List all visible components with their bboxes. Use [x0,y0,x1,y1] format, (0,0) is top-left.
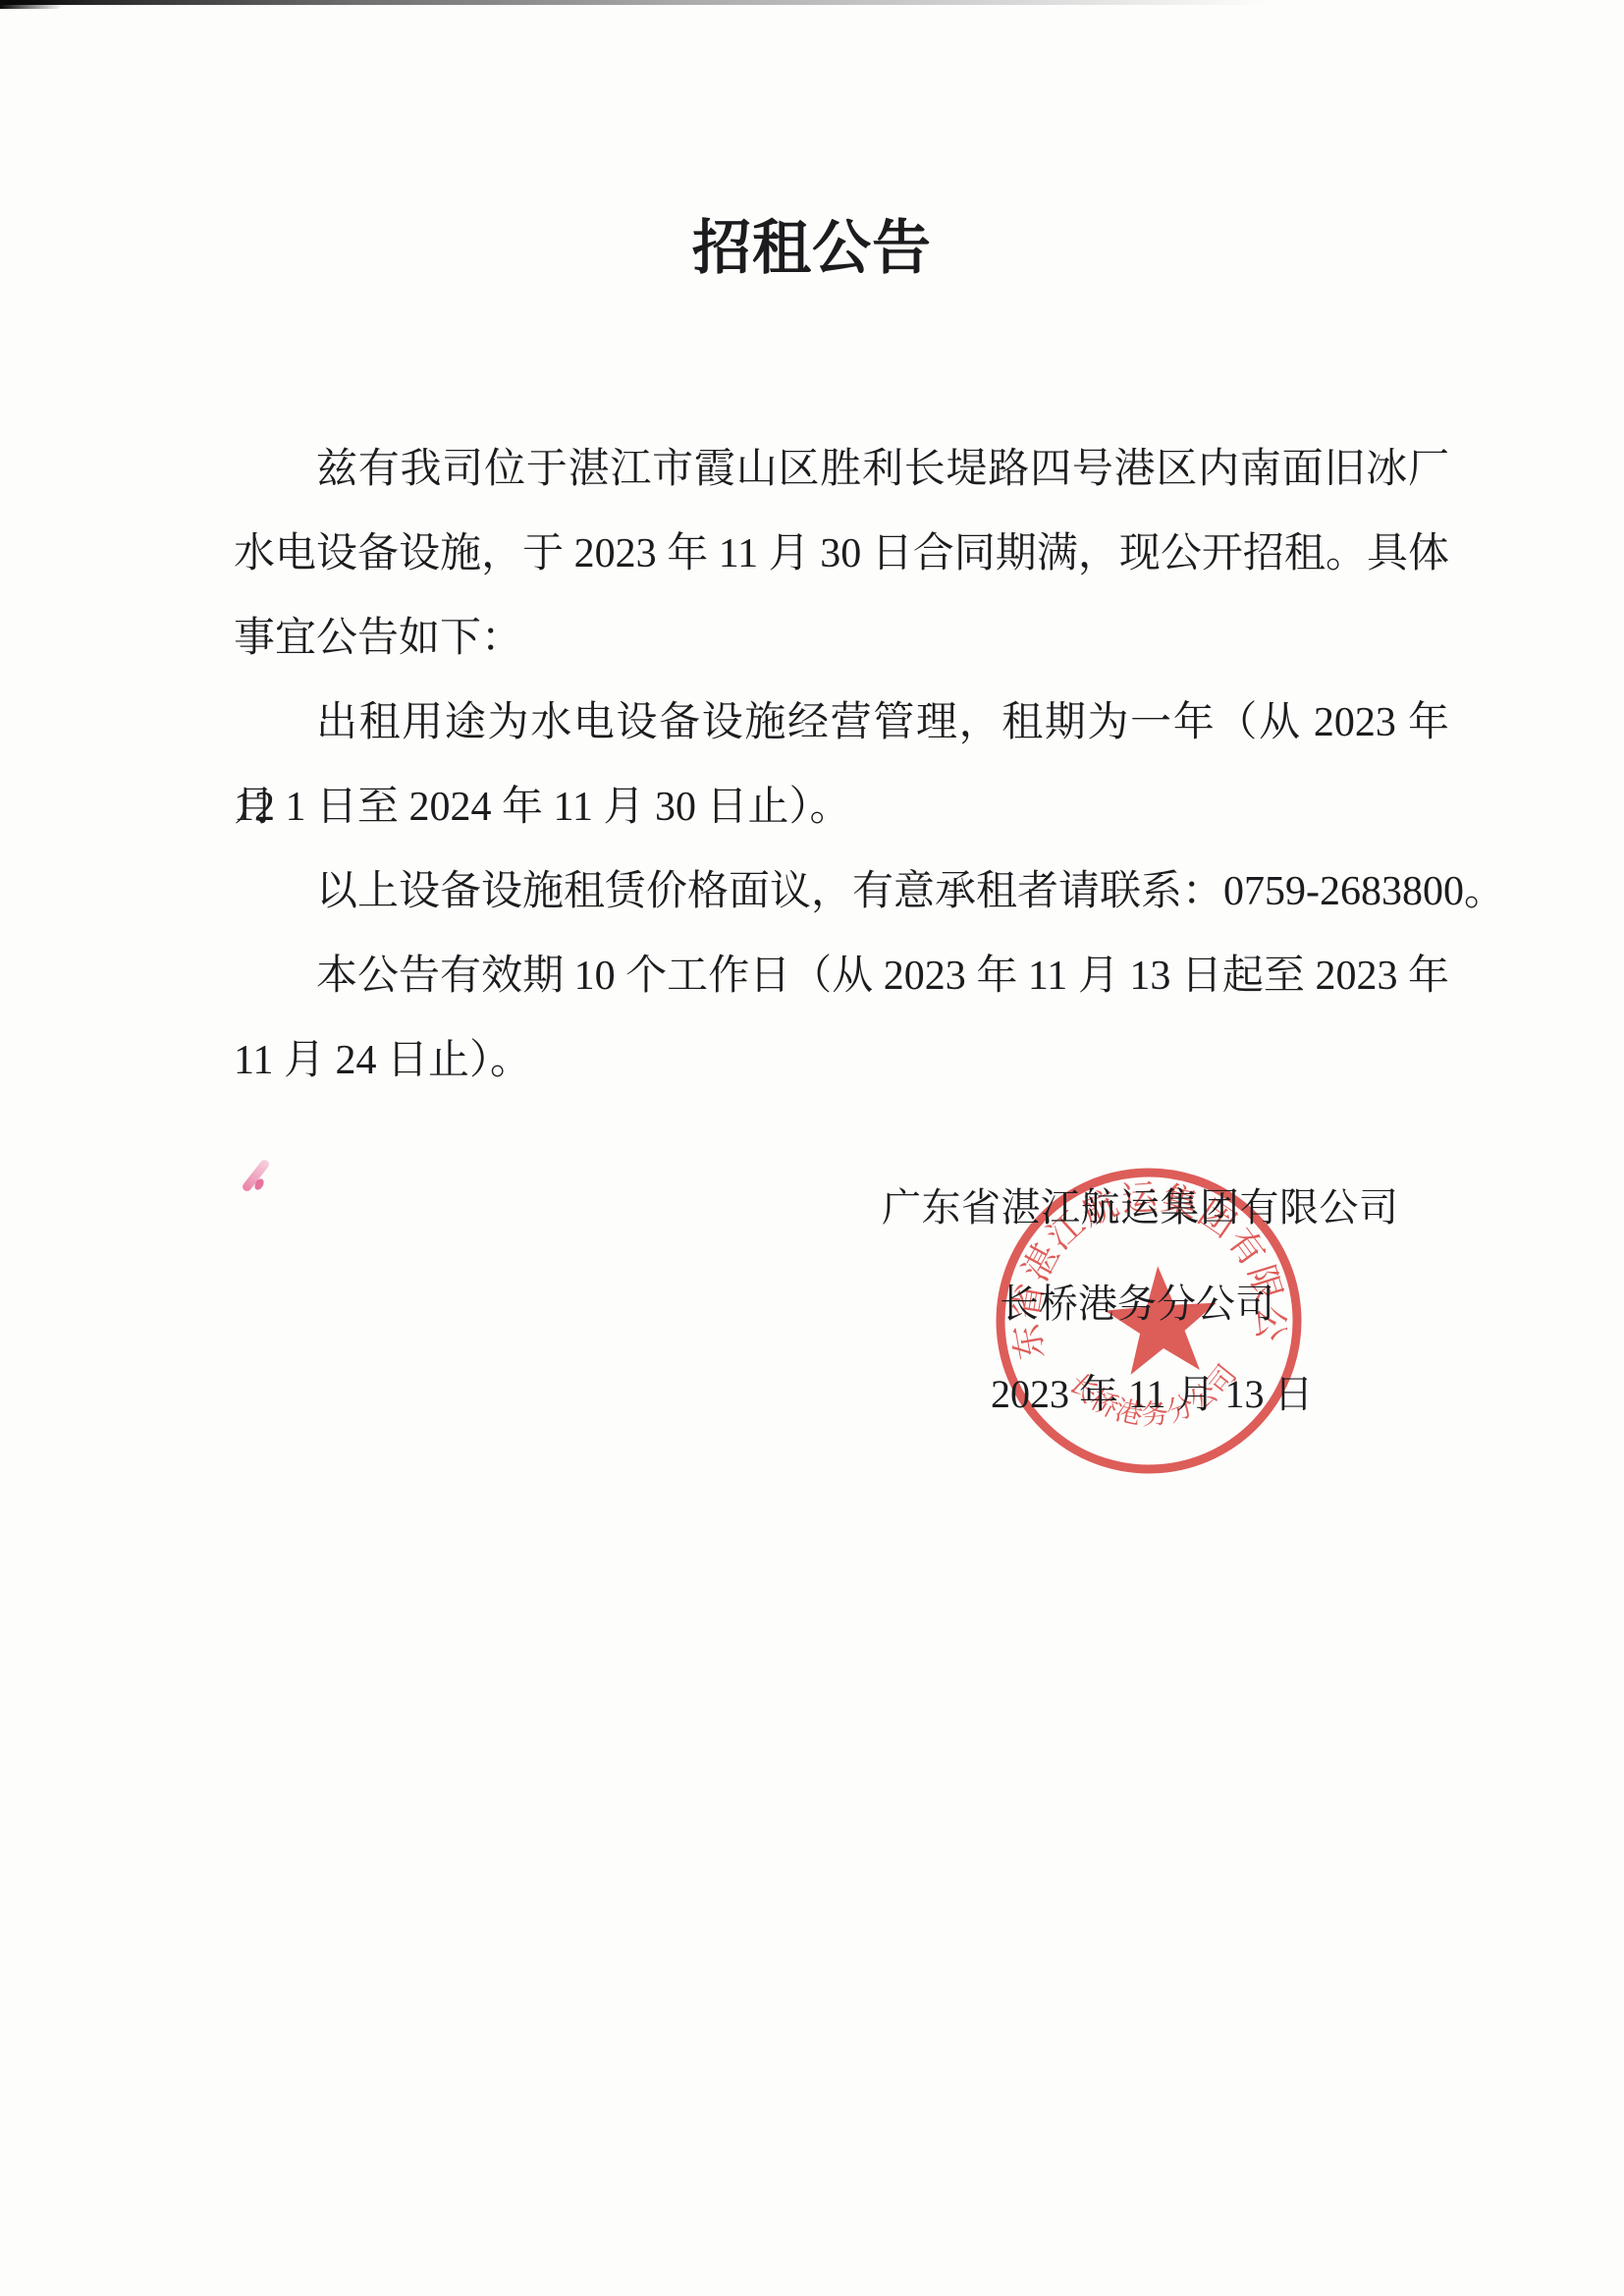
seal-ring-text: 广东省湛江航运集团有限公司 [976,1148,1293,1366]
body-line-5: 月 1 日至 2024 年 11 月 30 日止）。 [234,765,1449,849]
body-line-6: 以上设备设施租赁价格面议，有意承租者请联系：0759-2683800。 [234,849,1449,934]
signature-company: 广东省湛江航运集团有限公司 [882,1184,1399,1231]
scan-artifact-corner [0,0,63,9]
body-line-4: 出租用途为水电设备设施经营管理，租期为一年（从 2023 年 12 [234,681,1449,765]
body-line-8: 11 月 24 日止）。 [234,1018,1449,1103]
body-line-1: 兹有我司位于湛江市霞山区胜利长堤路四号港区内南面旧冰厂 [234,427,1449,512]
signature-date: 2023 年 11 月 13 日 [991,1371,1314,1418]
body-line-7: 本公告有效期 10 个工作日（从 2023 年 11 月 13 日起至 2023… [234,934,1449,1018]
svg-text:广东省湛江航运集团有限公司: 广东省湛江航运集团有限公司 [976,1148,1293,1366]
signature-branch: 长桥港务分公司 [1000,1281,1274,1328]
body-line-3: 事宜公告如下： [234,596,1449,681]
body-line-2: 水电设备设施，于 2023 年 11 月 30 日合同期满，现公开招租。具体 [234,512,1449,596]
document-title: 招租公告 [0,206,1624,291]
document-page: 招租公告 兹有我司位于湛江市霞山区胜利长堤路四号港区内南面旧冰厂 水电设备设施，… [0,0,1624,2296]
document-body: 兹有我司位于湛江市霞山区胜利长堤路四号港区内南面旧冰厂 水电设备设施，于 202… [234,427,1449,1103]
scan-artifact-top-edge [0,0,1624,5]
